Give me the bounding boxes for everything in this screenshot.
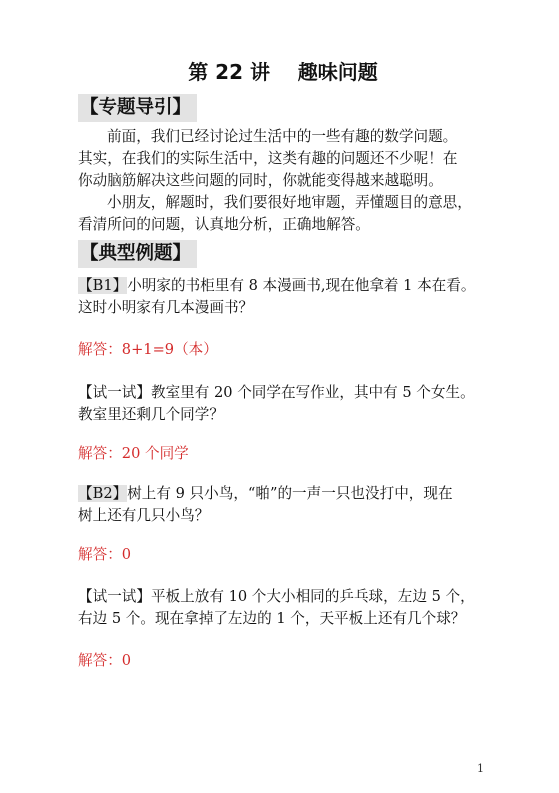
- example-tag: 【B1】: [78, 277, 127, 294]
- example-b2-question: 【B2】树上有 9 只小鸟，“啪”的一声一只也没打中，现在 树上还有几只小鸟？: [78, 483, 490, 527]
- page-title: 第 22 讲 趣味问题: [78, 56, 488, 85]
- text-line: 看清所问的问题，认真地分析，正确地解答。: [78, 214, 488, 236]
- example-tag: 【B2】: [78, 485, 127, 502]
- example-b1-answer: 解答：8+1=9（本）: [78, 339, 218, 361]
- try-2-answer: 解答：0: [78, 650, 131, 672]
- intro-heading: 【专题导引】: [78, 94, 197, 122]
- example-b1-question: 【B1】小明家的书柜里有 8 本漫画书,现在他拿着 1 本在看。 这时小明家有几…: [78, 275, 490, 319]
- question-text: 教室里还剩几个同学？: [78, 404, 490, 426]
- question-text: 树上还有几只小鸟？: [78, 505, 490, 527]
- question-text: 这时小明家有几本漫画书？: [78, 297, 490, 319]
- try-1-question: 【试一试】教室里有 20 个同学在写作业，其中有 5 个女生。 教室里还剩几个同…: [78, 382, 490, 426]
- examples-heading: 【典型例题】: [78, 240, 197, 268]
- example-b2-answer: 解答：0: [78, 544, 131, 566]
- example-tag: 【试一试】: [78, 588, 151, 605]
- text-line: 你动脑筋解决这些问题的同时，你就能变得越来越聪明。: [78, 170, 488, 192]
- question-text: 教室里有 20 个同学在写作业，其中有 5 个女生。: [151, 384, 475, 401]
- question-text: 右边 5 个。现在拿掉了左边的 1 个，天平板上还有几个球？: [78, 608, 490, 630]
- text-line: 小朋友，解题时，我们要很好地审题，弄懂题目的意思，: [78, 192, 488, 214]
- text-line: 其实，在我们的实际生活中，这类有趣的问题还不少呢！在: [78, 148, 488, 170]
- try-2-question: 【试一试】平板上放有 10 个大小相同的乒乓球，左边 5 个， 右边 5 个。现…: [78, 586, 490, 630]
- try-1-answer: 解答：20 个同学: [78, 443, 189, 465]
- question-text: 树上有 9 只小鸟，“啪”的一声一只也没打中，现在: [127, 485, 452, 502]
- intro-paragraph-1: 前面，我们已经讨论过生活中的一些有趣的数学问题。 其实，在我们的实际生活中，这类…: [78, 126, 488, 192]
- intro-paragraph-2: 小朋友，解题时，我们要很好地审题，弄懂题目的意思， 看清所问的问题，认真地分析，…: [78, 192, 488, 236]
- page-number: 1: [477, 762, 484, 775]
- question-text: 小明家的书柜里有 8 本漫画书,现在他拿着 1 本在看。: [127, 277, 475, 294]
- example-tag: 【试一试】: [78, 384, 151, 401]
- question-text: 平板上放有 10 个大小相同的乒乓球，左边 5 个，: [151, 588, 475, 605]
- text-line: 前面，我们已经讨论过生活中的一些有趣的数学问题。: [78, 126, 488, 148]
